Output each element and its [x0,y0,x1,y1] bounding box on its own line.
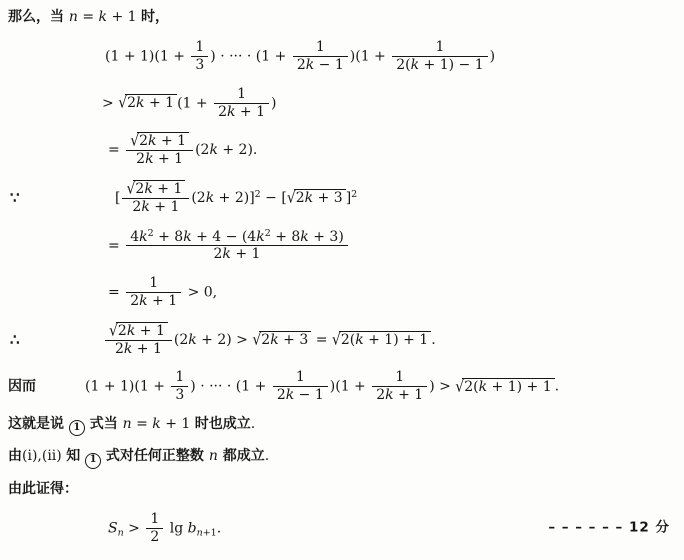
text-run: + 3) [309,229,344,245]
radicand: 2k + 3 [294,189,346,208]
radical-symbol-icon: √ [332,331,341,351]
radical-symbol-icon: √ [252,331,261,351]
cjk-text: 都成立 [218,448,265,464]
product-expansion-line: (1 + 1)(1 + 13) · ··· · (1 + 12k − 1)(1 … [8,39,678,74]
text-run: ) > [429,379,455,395]
text-run: (2 [174,332,188,348]
math-variable: k [139,293,147,309]
fraction: 4k2 + 8k + 4 − (4k2 + 8k + 3)2k + 1 [126,228,348,264]
radical-symbol-icon: √ [455,378,464,398]
text-run: (2 [191,190,205,206]
line-marker: ∴ [10,330,20,349]
math-variable: n [123,416,132,432]
fraction-denominator: 3 [171,387,188,404]
text-run: + 1) + 1 [487,379,552,395]
fraction-denominator: 2(k + 1) − 1 [392,57,487,74]
line-marker: ∵ [10,188,20,207]
text-run: 1 [296,369,305,385]
text-run: 2 [132,199,141,215]
text-run: > [102,95,118,111]
text-run: )(1 + [350,49,390,65]
text-run: 1 [175,369,184,385]
cjk-text: 时也成立 [195,416,251,432]
math-variable: S [108,520,118,536]
cjk-text: 式当 [85,416,123,432]
fraction: 13 [191,39,208,74]
text-run: lg [165,520,187,536]
line-marker: 因而 [8,378,36,396]
fraction: √2k + 12k + 1 [105,322,172,358]
math-variable: k [256,229,264,245]
radicand: 2k + 1 [125,94,177,113]
because-line: ∵[√2k + 12k + 1(2k + 2)]2 − [√2k + 3]2 [8,180,678,216]
fraction-denominator: 2k − 1 [293,57,348,74]
circled-number: 1 [85,453,101,469]
text-run: . [251,416,255,432]
score-note: – – – – – – 12 分 [548,520,670,537]
cjk-text: 那么，当 [8,9,69,25]
text-run: + 1) + 1 [364,332,429,348]
fraction: 12k − 1 [273,369,328,404]
math-variable: k [479,379,487,395]
math-variable: k [148,133,156,149]
text-run: 2 [115,341,124,357]
line-content: 由此证得： [8,481,78,499]
fraction: √2k + 12k + 1 [126,132,193,168]
text-run: > [124,520,145,536]
text-run: 2 [130,293,139,309]
radical: √2(k + 1) + 1 [332,331,431,350]
radical-symbol-icon: √ [109,322,118,341]
fraction: 12k + 1 [372,369,427,404]
text-run: . [265,448,269,464]
cjk-text: 这就是说 [8,416,69,432]
radical: √2k + 1 [109,322,168,340]
fraction-numerator: 1 [191,39,208,57]
text-run: . [431,332,435,348]
radical-symbol-icon: √ [287,189,296,209]
text-run: + 2) > [197,332,253,348]
text-run: 2 [296,190,305,206]
text-run: (1 + 1)(1 + [105,49,189,65]
fraction-denominator: 2 [146,529,163,546]
text-run: + 3 [313,190,343,206]
text-run: + 1) − 1 [419,57,484,73]
text-run: + 2)] [214,190,254,206]
line-content: 那么，当 n = k + 1 时， [8,9,169,27]
radicand: 2(k + 1) + 1 [462,378,554,397]
text-run: + 1 [150,199,180,215]
text-run: − 1 [314,57,344,73]
text-run: 1 [195,39,204,55]
text-run: + 1 [107,9,141,25]
fraction-numerator: 1 [293,39,348,57]
text-run: (1 + [177,95,212,111]
text-run: − 1 [294,387,324,403]
text-run: = [108,142,124,158]
fraction: √2k + 12k + 1 [122,180,189,216]
text-run: + 1 [394,387,424,403]
fraction-numerator: 1 [171,369,188,387]
line-content: Sn > 12 lg bn+1. [108,511,221,546]
math-variable: n [69,9,78,25]
line-content: = 4k2 + 8k + 4 − (4k2 + 8k + 3)2k + 1 [108,228,350,264]
text-run: 1 [316,39,325,55]
text-run: + 4 − (4 [192,229,257,245]
fraction-numerator: √2k + 1 [122,180,189,199]
line-content: 这就是说 1 式当 n = k + 1 时也成立. [8,416,255,436]
text-run: 2 [136,151,145,167]
radical-symbol-icon: √ [118,94,127,114]
radical-symbol-icon: √ [126,180,135,199]
hence-proved-line: 由此证得： [8,481,678,499]
text-run: ) [271,95,276,111]
text-run: = [108,285,124,301]
text-run: > 0, [183,285,217,301]
line-content: 由(i),(ii) 知 1 式对任何正整数 n 都成立. [8,448,269,468]
line-content: (1 + 1)(1 + 13) · ··· · (1 + 12k − 1)(1 … [105,39,495,74]
fraction-numerator: 1 [214,86,269,104]
text-run: + 1 [231,246,261,262]
induction-conclusion-line: 由(i),(ii) 知 1 式对任何正整数 n 都成立. [8,448,678,468]
text-run: 2( [341,332,355,348]
final-result-line: Sn > 12 lg bn+1.– – – – – – 12 分 [8,511,678,546]
subscript: n+1 [197,527,217,538]
math-variable: k [183,229,191,245]
cjk-text: 时， [141,9,169,25]
text-run: ) · ··· · (1 + [210,49,291,65]
fraction-denominator: 2k + 1 [122,199,189,216]
circled-number: 1 [69,420,85,436]
text-run: 2 [127,95,136,111]
text-run: 2( [464,379,478,395]
math-variable: k [145,151,153,167]
text-run: )(1 + [330,379,370,395]
math-variable: k [222,246,230,262]
superscript: 2 [351,189,357,200]
text-run: + 1 [135,323,165,339]
text-run: 2 [351,189,357,200]
conclusion-inequality-line: 因而(1 + 1)(1 + 13) · ··· · (1 + 12k − 1)(… [8,369,678,404]
radical: √2k + 1 [118,94,177,113]
line-content: = 12k + 1 > 0, [108,275,217,310]
fraction-numerator: 1 [392,39,487,57]
fraction: 12 [146,511,163,546]
fraction-denominator: 2k − 1 [273,387,328,404]
radical: √2k + 1 [130,132,189,150]
document-page: 那么，当 n = k + 1 时，(1 + 1)(1 + 13) · ··· ·… [0,0,684,560]
math-variable: k [152,416,160,432]
text-run: 2 [139,133,148,149]
text-run: (1 + 1)(1 + [85,379,169,395]
fraction: 12k − 1 [293,39,348,74]
text-run: + 1 [157,133,187,149]
fraction-numerator: 1 [273,369,328,387]
text-run: 2 [218,104,227,120]
math-variable: b [188,520,197,536]
statement-holds-line: 这就是说 1 式当 n = k + 1 时也成立. [8,416,678,436]
text-run: + 1 [153,181,183,197]
text-run: 2 [135,181,144,197]
text-run: 2( [396,57,410,73]
fraction: 13 [171,369,188,404]
radicand: 2(k + 1) + 1 [339,331,431,350]
text-run: 2 [118,323,127,339]
fraction-numerator: √2k + 1 [126,132,193,151]
math-variable: k [286,387,294,403]
math-variable: k [411,57,419,73]
math-variable: k [306,57,314,73]
fraction-denominator: 2k + 1 [372,387,427,404]
text-run: + 8 [271,229,301,245]
fraction-numerator: 1 [126,275,181,293]
text-run: + 3 [279,332,309,348]
text-run: + 1 [132,341,162,357]
text-run: − [ [261,190,287,206]
radical: √2k + 3 [252,331,311,350]
cjk-text: 知 [66,448,85,464]
text-run: ) [490,49,495,65]
radical: √2(k + 1) + 1 [455,378,554,397]
math-variable: k [99,9,107,25]
math-variable: k [355,332,363,348]
math-variable: k [300,229,308,245]
fraction: 12k + 1 [214,86,269,121]
text-run: + 8 [154,229,184,245]
text-run: (i),(ii) [22,448,66,464]
math-variable: k [305,190,313,206]
text-run: 1 [149,275,158,291]
radicand: 2k + 1 [133,180,185,198]
math-variable: k [270,332,278,348]
numerator-expansion-line: = 4k2 + 8k + 4 − (4k2 + 8k + 3)2k + 1 [8,228,678,264]
radical: √2k + 3 [287,189,346,208]
text-run: + 1 [154,151,184,167]
math-variable: k [188,332,196,348]
text-run: + 1 [145,95,175,111]
line-content: > √2k + 1(1 + 12k + 1) [102,86,276,121]
fraction-numerator: 1 [372,369,427,387]
text-run: + 1 [235,104,265,120]
text-run: 1 [150,511,159,527]
equality-step-line: = √2k + 12k + 1(2k + 2). [8,132,678,168]
math-variable: k [136,95,144,111]
line-content: [√2k + 12k + 1(2k + 2)]2 − [√2k + 3]2 [115,180,357,216]
text-run: 1 [395,369,404,385]
text-run: . [217,520,221,536]
line-content: (1 + 1)(1 + 13) · ··· · (1 + 12k − 1)(1 … [85,369,559,404]
fraction: 12k + 1 [126,275,181,310]
text-run: = [311,332,332,348]
radicand: 2k + 1 [137,132,189,150]
text-run: ) · ··· · (1 + [190,379,271,395]
math-variable: k [385,387,393,403]
text-run: 3 [175,387,184,403]
cjk-text: 式对任何正整数 [101,448,209,464]
math-variable: k [139,229,147,245]
text-run: 2 [261,332,270,348]
document-lines: 那么，当 n = k + 1 时，(1 + 1)(1 + 13) · ··· ·… [8,9,678,545]
therefore-line: ∴√2k + 12k + 1(2k + 2) > √2k + 3 = √2(k … [8,322,678,358]
radical-symbol-icon: √ [130,132,139,151]
fraction: 12(k + 1) − 1 [392,39,487,74]
text-run: [ [115,190,120,206]
inequality-step-line: > √2k + 1(1 + 12k + 1) [8,86,678,121]
fraction-denominator: 2k + 1 [126,293,181,310]
radical: √2k + 1 [126,180,185,198]
radicand: 2k + 1 [116,322,168,340]
math-variable: k [206,190,214,206]
text-run: +1 [203,527,217,538]
fraction-numerator: √2k + 1 [105,322,172,341]
text-run: 3 [195,57,204,73]
line-content: √2k + 12k + 1(2k + 2) > √2k + 3 = √2(k +… [103,322,436,358]
text-run: 2 [277,387,286,403]
text-run: = [78,9,99,25]
text-run: 1 [237,86,246,102]
fraction-denominator: 2k + 1 [126,151,193,168]
cjk-text: 由 [8,448,22,464]
math-variable: k [144,181,152,197]
text-run: + 1 [148,293,178,309]
text-run: = [108,237,124,253]
text-run: = [132,416,153,432]
fraction-denominator: 3 [191,57,208,74]
fraction-denominator: 2k + 1 [105,341,172,358]
text-run: 2 [376,387,385,403]
fraction-numerator: 4k2 + 8k + 4 − (4k2 + 8k + 3) [126,228,348,247]
fraction-denominator: 2k + 1 [214,104,269,121]
text-run: (2 [195,142,209,158]
fraction-denominator: 2k + 1 [126,246,348,263]
text-run: 2 [297,57,306,73]
cjk-text: 由此证得： [8,481,78,497]
math-variable: k [141,199,149,215]
text-run: 2 [150,529,159,545]
text-run: 4 [130,229,139,245]
positive-result-line: = 12k + 1 > 0, [8,275,678,310]
line-content: = √2k + 12k + 1(2k + 2). [108,132,257,168]
math-variable: n [209,448,218,464]
intro-line: 那么，当 n = k + 1 时， [8,9,678,27]
fraction-numerator: 1 [146,511,163,529]
text-run: + 1 [161,416,195,432]
text-run: + 2). [218,142,257,158]
text-run: 1 [435,39,444,55]
radicand: 2k + 3 [259,331,311,350]
math-variable: k [209,142,217,158]
text-run: . [555,379,559,395]
